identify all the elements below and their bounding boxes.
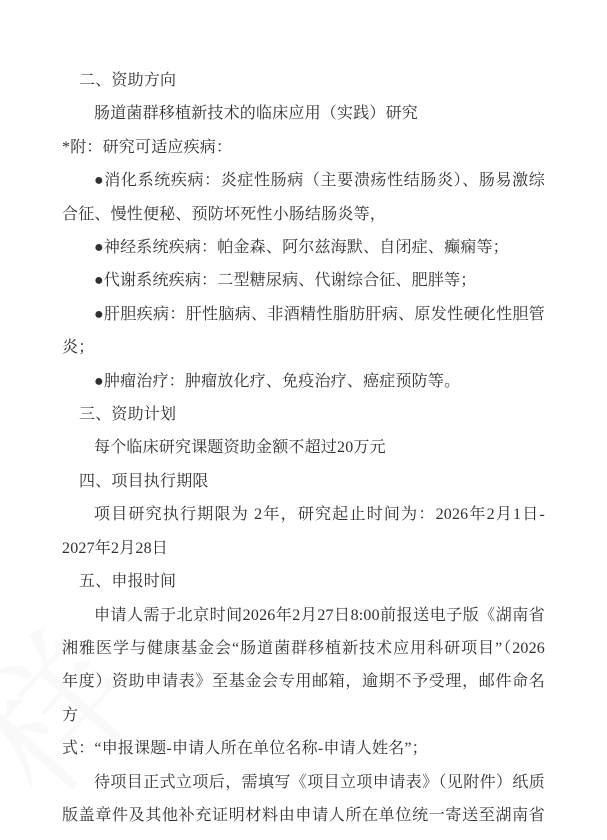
line-post-approval-2: 版盖章件及其他补充证明材料由申请人所在单位统一寄送至湖南省 xyxy=(62,799,545,832)
line-funding-topic: 肠道菌群移植新技术的临床应用（实践）研究 xyxy=(62,97,545,130)
line-application-deadline-2: 湘雅医学与健康基金会“肠道菌群移植新技术应用科研项目”（2026 xyxy=(62,632,545,665)
heading-funding-direction: 二、资助方向 xyxy=(62,64,545,97)
line-project-period-2: 2027年2月28日 xyxy=(62,532,545,565)
line-project-period-1: 项目研究执行期限为 2年，研究起止时间为：2026年2月1日- xyxy=(62,498,545,531)
line-hepatobiliary-diseases-2: 炎； xyxy=(62,331,545,364)
line-metabolic-diseases: ●代谢系统疾病：二型糖尿病、代谢综合征、肥胖等； xyxy=(62,264,545,297)
line-email-naming-format: 式：“申报课题-申请人所在单位名称-申请人姓名”； xyxy=(62,732,545,765)
line-nervous-diseases: ●神经系统疾病：帕金森、阿尔兹海默、自闭症、癫痫等； xyxy=(62,231,545,264)
line-tumor-treatment: ●肿瘤治疗：肿瘤放化疗、免疫治疗、癌症预防等。 xyxy=(62,365,545,398)
line-funding-amount: 每个临床研究课题资助金额不超过20万元 xyxy=(62,431,545,464)
line-digestive-diseases-2: 合征、慢性便秘、预防坏死性小肠结肠炎等， xyxy=(62,198,545,231)
line-post-approval-1: 待项目正式立项后，需填写《项目立项申请表》（见附件）纸质 xyxy=(62,766,545,799)
heading-funding-plan: 三、资助计划 xyxy=(62,398,545,431)
heading-application-time: 五、申报时间 xyxy=(62,565,545,598)
line-application-deadline-1: 申请人需于北京时间2026年2月27日8:00前报送电子版《湖南省 xyxy=(62,599,545,632)
document-body: 二、资助方向 肠道菌群移植新技术的临床应用（实践）研究 *附：研究可适应疾病： … xyxy=(62,64,545,832)
line-application-deadline-3: 年度）资助申请表》至基金会专用邮箱，逾期不予受理，邮件命名方 xyxy=(62,665,545,732)
document-page: 样 二、资助方向 肠道菌群移植新技术的临床应用（实践）研究 *附：研究可适应疾病… xyxy=(0,0,607,840)
line-digestive-diseases-1: ●消化系统疾病：炎症性肠病（主要溃疡性结肠炎）、肠易激综 xyxy=(62,164,545,197)
heading-project-period: 四、项目执行期限 xyxy=(62,465,545,498)
line-note-applicable-diseases: *附：研究可适应疾病： xyxy=(62,131,545,164)
line-hepatobiliary-diseases-1: ●肝胆疾病：肝性脑病、非酒精性脂肪肝病、原发性硬化性胆管 xyxy=(62,298,545,331)
